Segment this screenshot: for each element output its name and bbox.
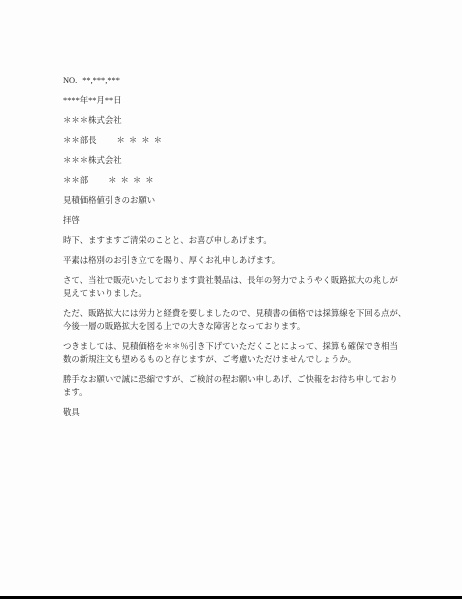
recipient-name: ＊＊＊＊ <box>117 136 167 145</box>
doc-number-label: NO. <box>63 76 77 85</box>
body-paragraph: さて、当社で販売いたしております貴社製品は、長年の努力でようやく販路拡大の兆しが… <box>63 274 415 300</box>
body-line: つきましては、見積価格を＊＊％引き下げていただくことによって、採算も確保でき相当 <box>63 340 415 353</box>
body-line: 時下、ますますご清栄のことと、お喜び申しあげます。 <box>63 234 415 247</box>
recipient-company: ＊＊＊株式会社 <box>63 114 415 127</box>
sender-name: ＊＊＊＊ <box>108 176 158 185</box>
body-line: 数の新規注文も望めるものと存じますが、ご考慮いただけませんでしょうか。 <box>63 353 415 366</box>
sender-company-line: ＊＊＊株式会社 <box>63 154 415 167</box>
body-line: ただ、販路拡大には労力と経費を要しましたので、見積書の価格では採算線を下回る点が… <box>63 307 415 320</box>
date-line: ****年**月**日 <box>63 94 415 107</box>
letter-page: NO.**,***,*** ****年**月**日 ＊＊＊株式会社 ＊＊部長＊＊… <box>0 0 462 600</box>
body-line: さて、当社で販売いたしております貴社製品は、長年の努力でようやく販路拡大の兆しが <box>63 274 415 287</box>
body-line: 見えてまいりました。 <box>63 287 415 300</box>
body-paragraph: 時下、ますますご清栄のことと、お喜び申しあげます。 <box>63 234 415 247</box>
body-line: 今後一層の販路拡大を図る上での大きな障害となっております。 <box>63 320 415 333</box>
body-line: 勝手なお願いで誠に恐縮ですが、ご検討の程お願い申しあげ、ご快報をお待ち申しており <box>63 373 415 386</box>
recipient-person-line: ＊＊部長＊＊＊＊ <box>63 134 415 147</box>
recipient-company-line: ＊＊＊株式会社 <box>63 114 415 127</box>
closing-salutation: 敬具 <box>63 406 415 419</box>
body-line: 平素は格別のお引き立てを賜り、厚くお礼申しあげます。 <box>63 254 415 267</box>
doc-number-line: NO.**,***,*** <box>63 74 415 87</box>
body-paragraph: 勝手なお願いで誠に恐縮ですが、ご検討の程お願い申しあげ、ご快報をお待ち申しており… <box>63 373 415 399</box>
subject-text: 見積価格値引きのお願い <box>63 194 415 207</box>
subject-line: 見積価格値引きのお願い <box>63 194 415 207</box>
closing-text: 敬具 <box>63 406 415 419</box>
sender-person-line: ＊＊部＊＊＊＊ <box>63 174 415 187</box>
opening-salutation: 拝啓 <box>63 214 415 227</box>
recipient-title: ＊＊部長 <box>63 136 97 145</box>
letter-document: NO.**,***,*** ****年**月**日 ＊＊＊株式会社 ＊＊部長＊＊… <box>63 74 415 426</box>
date-text: ****年**月**日 <box>63 94 415 107</box>
body-line: ます。 <box>63 386 415 399</box>
body-paragraph: つきましては、見積価格を＊＊％引き下げていただくことによって、採算も確保でき相当… <box>63 340 415 366</box>
sender-company: ＊＊＊株式会社 <box>63 154 415 167</box>
body-paragraph: ただ、販路拡大には労力と経費を要しましたので、見積書の価格では採算線を下回る点が… <box>63 307 415 333</box>
bottom-border-bar <box>0 596 462 599</box>
doc-number-value: **,***,*** <box>82 76 120 85</box>
opening-text: 拝啓 <box>63 214 415 227</box>
sender-title: ＊＊部 <box>63 176 88 185</box>
body-paragraph: 平素は格別のお引き立てを賜り、厚くお礼申しあげます。 <box>63 254 415 267</box>
